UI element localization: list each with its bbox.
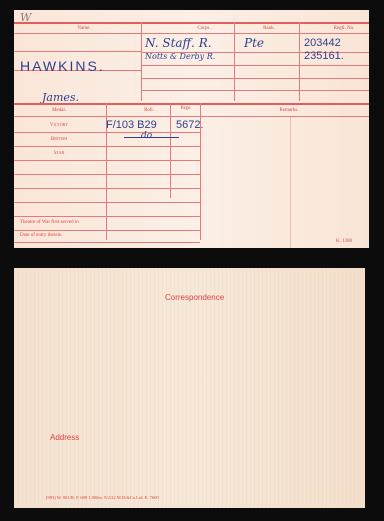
roll-victory: F/103 B29 [106, 119, 157, 131]
regtl-no-entry-2: 235161. [304, 50, 344, 62]
header-medal: Medal. [39, 108, 79, 113]
medal-index-card-back: Correspondence Address (993) W. 901/R. P… [14, 268, 365, 508]
header-roll: Roll. [134, 108, 164, 113]
roll-british: do [141, 131, 152, 141]
medal-index-card-front: W Name. Corps. Rank. Regtl. No. HAWKINS.… [14, 10, 369, 248]
address-label: Address [50, 433, 79, 442]
surname: HAWKINS. [20, 58, 105, 74]
remarks-divider [290, 116, 291, 248]
theatre-label: Theatre of War first served in [20, 220, 79, 225]
divider-roll-page [170, 103, 171, 198]
header-bottom-rule [14, 33, 369, 34]
rank-entry: Pte [244, 36, 264, 50]
rule [14, 51, 141, 52]
medal-star: Star [39, 150, 79, 156]
date-label: Date of entry therein [20, 233, 62, 238]
header-corps: Corps. [184, 26, 224, 31]
header-regtl-no: Regtl. No. [324, 26, 364, 31]
header-rank: Rank. [254, 26, 284, 31]
rule [14, 146, 200, 147]
regtl-no-entry-1: 203442 [304, 37, 341, 49]
rule [141, 90, 369, 91]
printer-imprint: (993) W. 901/R. P. 698 1,000m. 9/2/22 M.… [46, 495, 159, 500]
rule [14, 202, 200, 203]
rule [14, 188, 200, 189]
medal-top-rule [14, 103, 369, 105]
rule [14, 230, 200, 231]
rule [141, 65, 369, 66]
correspondence-label: Correspondence [165, 293, 224, 302]
rule [14, 174, 200, 175]
header-top-rule [14, 22, 369, 24]
corps-entry-2: Notts & Derby R. [145, 52, 215, 61]
rule [14, 132, 200, 133]
ditto-line [124, 137, 179, 138]
rule [14, 242, 200, 243]
header-page: Page. [172, 106, 200, 111]
rule [141, 78, 369, 79]
rule [14, 160, 200, 161]
rule [14, 216, 200, 217]
page-victory: 5672. [176, 119, 204, 131]
header-remarks: Remarks. [264, 108, 314, 113]
corps-entry-1: N. Staff. R. [145, 36, 212, 50]
header-name: Name. [64, 26, 104, 31]
medal-british: British [39, 136, 79, 142]
form-code: K. 1380 [336, 239, 352, 244]
medal-header-rule [14, 116, 369, 117]
medal-victory: Victory [39, 122, 79, 128]
